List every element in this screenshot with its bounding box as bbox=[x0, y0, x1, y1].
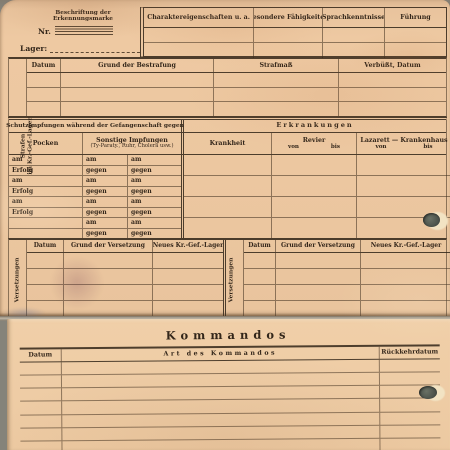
cell bbox=[62, 360, 380, 375]
cell bbox=[153, 253, 223, 268]
transfers-right-half: Datum Grund der Versetzung Neues Kr.-Gef… bbox=[223, 240, 450, 316]
table-row: Erfolggegengegen bbox=[9, 187, 181, 198]
erkennungsmarke-title: Beschriftung der Erkennungsmarke bbox=[26, 10, 140, 22]
table-header-row: Datum Grund der Versetzung Neues Kr.-Gef… bbox=[244, 240, 450, 253]
vaccinations-subheaders: Pocken Sonstige Impfungen (Ty-Paraty., R… bbox=[9, 133, 181, 154]
von-bis-row: von bis bbox=[357, 145, 450, 151]
cell bbox=[385, 28, 446, 42]
cell bbox=[323, 28, 385, 42]
section-header-row: Schutzimpfungen während der Gefangenscha… bbox=[9, 120, 446, 133]
cell bbox=[272, 176, 357, 196]
header-datum: Datum bbox=[27, 59, 61, 72]
table-row bbox=[144, 28, 446, 43]
header-grund-der-versetzung: Grund der Versetzung bbox=[276, 240, 361, 252]
kommandos-table: Datum Art des Kommandos Rückkehrdatum bbox=[20, 344, 441, 450]
transfers-side-label: Versetzungen bbox=[227, 258, 234, 303]
table-row: gegengegen bbox=[9, 229, 181, 239]
cell bbox=[272, 155, 357, 175]
header-rueckkehrdatum: Rückkehrdatum bbox=[380, 346, 440, 358]
lager-label: Lager: bbox=[20, 44, 47, 53]
header-art-des-kommandos: Art des Kommandos bbox=[62, 347, 380, 361]
ink-stain bbox=[50, 256, 104, 310]
cell bbox=[20, 441, 62, 450]
von-bis-row: von bis bbox=[272, 145, 356, 151]
transfers-body: Datum Grund der Versetzung Neues Kr.-Gef… bbox=[244, 240, 450, 316]
table-row bbox=[144, 43, 446, 58]
cell bbox=[214, 102, 339, 116]
header-strafmass: Strafmaß bbox=[214, 59, 339, 72]
erkennungsmarke-number-row: Nr. bbox=[38, 26, 113, 36]
sub-header-row: Pocken Sonstige Impfungen (Ty-Paraty., R… bbox=[9, 133, 446, 155]
cell bbox=[244, 253, 276, 268]
cell bbox=[184, 176, 272, 196]
lager-fill-in-line bbox=[50, 43, 140, 53]
table-header-row: Datum Grund der Bestrafung Strafmaß Verb… bbox=[27, 59, 446, 73]
cell bbox=[20, 402, 62, 414]
lager-row: Lager: bbox=[20, 43, 140, 53]
cell bbox=[272, 197, 357, 217]
cell bbox=[276, 253, 361, 268]
punch-hole-opening bbox=[419, 386, 437, 399]
table-row: amamam bbox=[9, 176, 181, 187]
cell bbox=[27, 73, 61, 87]
cell bbox=[323, 43, 385, 58]
cell bbox=[380, 425, 440, 438]
header-sprachkenntnisse: Sprachkenntnisse bbox=[323, 8, 385, 27]
header-sonstige-impfungen: Sonstige Impfungen (Ty-Paraty., Ruhr, Ch… bbox=[83, 133, 181, 154]
nr-label: Nr. bbox=[38, 27, 51, 36]
cell bbox=[380, 412, 440, 425]
cell bbox=[357, 176, 450, 196]
cell bbox=[380, 359, 440, 372]
cell bbox=[62, 426, 380, 441]
table-row bbox=[184, 218, 450, 238]
cell bbox=[380, 372, 440, 385]
blue-smudge bbox=[2, 307, 46, 319]
vaccination-rows: amamam Erfolggegengegen amamam Erfolggeg… bbox=[9, 155, 181, 238]
table-row: amamam bbox=[9, 155, 181, 166]
table-row bbox=[244, 285, 450, 301]
cell bbox=[153, 285, 223, 300]
cell bbox=[62, 386, 380, 401]
header-neues-kr-gef-lager: Neues Kr.-Gef.-Lager bbox=[153, 240, 223, 252]
cell bbox=[184, 197, 272, 217]
table-row bbox=[184, 176, 450, 197]
table-header-row: Datum Grund der Versetzung Neues Kr.-Gef… bbox=[27, 240, 223, 253]
cell bbox=[276, 269, 361, 284]
header-krankheit: Krankheit bbox=[184, 133, 272, 154]
table-row bbox=[244, 269, 450, 285]
cell bbox=[62, 399, 380, 414]
cell bbox=[361, 253, 450, 268]
cell bbox=[254, 43, 323, 58]
cell bbox=[20, 389, 62, 401]
header-pocken: Pocken bbox=[9, 133, 83, 154]
header-verbuesst-datum: Verbüßt, Datum bbox=[339, 59, 446, 72]
punishments-body: Datum Grund der Bestrafung Strafmaß Verb… bbox=[27, 59, 446, 116]
cell bbox=[214, 73, 339, 87]
cell bbox=[385, 43, 446, 58]
punishments-table: Strafen im Kr.-Gef.-Lager Datum Grund de… bbox=[8, 57, 447, 117]
vaccination-illness-rows: amamam Erfolggegengegen amamam Erfolggeg… bbox=[9, 155, 446, 238]
cell bbox=[361, 269, 450, 284]
table-row bbox=[184, 197, 450, 218]
kommandos-section: Kommandos Datum Art des Kommandos Rückke… bbox=[6, 317, 450, 450]
cell bbox=[61, 88, 214, 102]
table-row: Erfolggegengegen bbox=[9, 208, 181, 219]
header-datum: Datum bbox=[244, 240, 276, 252]
header-neues-kr-gef-lager: Neues Kr.-Gef.-Lager bbox=[361, 240, 450, 252]
cell bbox=[20, 362, 62, 374]
cell bbox=[357, 155, 450, 175]
cell bbox=[380, 438, 440, 450]
card-bottom-sheet: Kommandos Datum Art des Kommandos Rückke… bbox=[7, 319, 450, 450]
header-grund-der-bestrafung: Grund der Bestrafung bbox=[61, 59, 214, 72]
illness-rows bbox=[181, 155, 450, 238]
cell bbox=[20, 428, 62, 440]
table-row bbox=[244, 253, 450, 269]
transfers-left-half: Datum Grund der Versetzung Neues Kr.-Gef… bbox=[9, 240, 223, 316]
header-fuehrung: Führung bbox=[385, 8, 446, 27]
punch-hole-opening bbox=[423, 213, 440, 227]
cell bbox=[339, 73, 446, 87]
cell bbox=[62, 373, 380, 388]
vaccinations-illnesses-table: Schutzimpfungen während der Gefangenscha… bbox=[8, 117, 447, 238]
table-row bbox=[27, 73, 446, 88]
header-datum: Datum bbox=[27, 240, 64, 252]
cell bbox=[380, 399, 440, 412]
qualities-table: Charaktereigenschaften u. a. Besondere F… bbox=[140, 7, 447, 57]
cell bbox=[184, 155, 272, 175]
table-row: amam bbox=[9, 218, 181, 229]
cell bbox=[62, 439, 380, 450]
cell bbox=[61, 73, 214, 87]
table-header-row: Charaktereigenschaften u. a. Besondere F… bbox=[144, 8, 446, 28]
cell bbox=[339, 102, 446, 116]
cell bbox=[144, 28, 254, 42]
table-row: amamam bbox=[9, 197, 181, 208]
side-label-column bbox=[9, 59, 27, 116]
kommandos-title: Kommandos bbox=[7, 326, 450, 343]
cell bbox=[214, 88, 339, 102]
cell bbox=[272, 218, 357, 238]
cell bbox=[184, 218, 272, 238]
header-charaktereigenschaften: Charaktereigenschaften u. a. bbox=[144, 8, 254, 27]
header-lazarett-krankenhaus: Lazarett — Krankenhaus von bis bbox=[357, 133, 450, 154]
cell bbox=[361, 285, 450, 300]
cell bbox=[20, 415, 62, 427]
header-revier: Revier von bis bbox=[272, 133, 357, 154]
illnesses-header: Erkrankungen bbox=[184, 120, 446, 132]
cell bbox=[244, 285, 276, 300]
cell bbox=[62, 412, 380, 427]
scanned-pow-record-card: Beschriftung der Erkennungsmarke Nr. Lag… bbox=[0, 0, 450, 450]
cell bbox=[244, 269, 276, 284]
cell bbox=[27, 88, 61, 102]
cell bbox=[144, 43, 254, 58]
cell bbox=[61, 102, 214, 116]
cell bbox=[20, 375, 62, 387]
table-row bbox=[27, 88, 446, 103]
cell bbox=[153, 269, 223, 284]
cell bbox=[27, 102, 61, 116]
table-row: Erfolggegengegen bbox=[9, 166, 181, 177]
vaccinations-header-cell: Schutzimpfungen während der Gefangenscha… bbox=[9, 120, 181, 132]
cell bbox=[254, 28, 323, 42]
header-besondere-faehigkeiten: Besondere Fähigkeiten bbox=[254, 8, 323, 27]
illnesses-header-cell: Erkrankungen bbox=[181, 120, 446, 132]
cell bbox=[276, 285, 361, 300]
header-grund-der-versetzung: Grund der Versetzung bbox=[64, 240, 153, 252]
table-row bbox=[184, 155, 450, 176]
header-datum: Datum bbox=[20, 349, 62, 361]
table-row bbox=[27, 102, 446, 116]
nr-ruled-lines bbox=[55, 26, 113, 36]
vaccinations-header: Schutzimpfungen während der Gefangenscha… bbox=[9, 120, 181, 132]
illnesses-subheaders: Krankheit Revier von bis Lazarett — Kran… bbox=[181, 133, 450, 154]
transfers-side-label: Versetzungen bbox=[13, 258, 20, 303]
cell bbox=[339, 88, 446, 102]
